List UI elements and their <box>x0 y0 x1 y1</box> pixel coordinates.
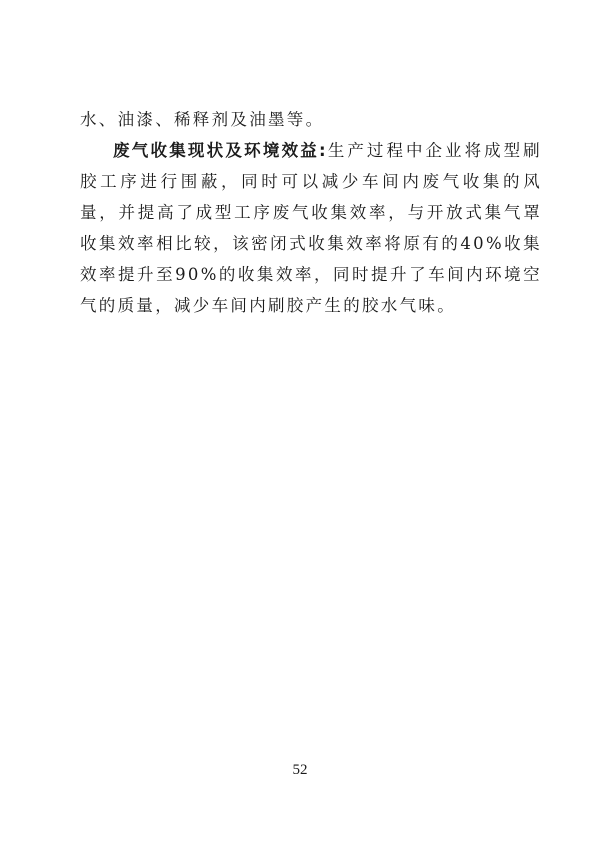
paragraph-continuation: 水、油漆、稀释剂及油墨等。 <box>80 104 542 135</box>
paragraph-text: 水、油漆、稀释剂及油墨等。 <box>80 110 324 129</box>
paragraph-emission-collection: 废气收集现状及环境效益:生产过程中企业将成型刷胶工序进行围蔽，同时可以减少车间内… <box>80 135 542 321</box>
paragraph-text: 生产过程中企业将成型刷胶工序进行围蔽，同时可以减少车间内废气收集的风量，并提高了… <box>80 141 542 315</box>
body-text: 水、油漆、稀释剂及油墨等。 废气收集现状及环境效益:生产过程中企业将成型刷胶工序… <box>80 104 542 321</box>
page-number: 52 <box>0 762 600 779</box>
document-page: 水、油漆、稀释剂及油墨等。 废气收集现状及环境效益:生产过程中企业将成型刷胶工序… <box>0 0 600 848</box>
paragraph-heading: 废气收集现状及环境效益: <box>113 141 327 160</box>
